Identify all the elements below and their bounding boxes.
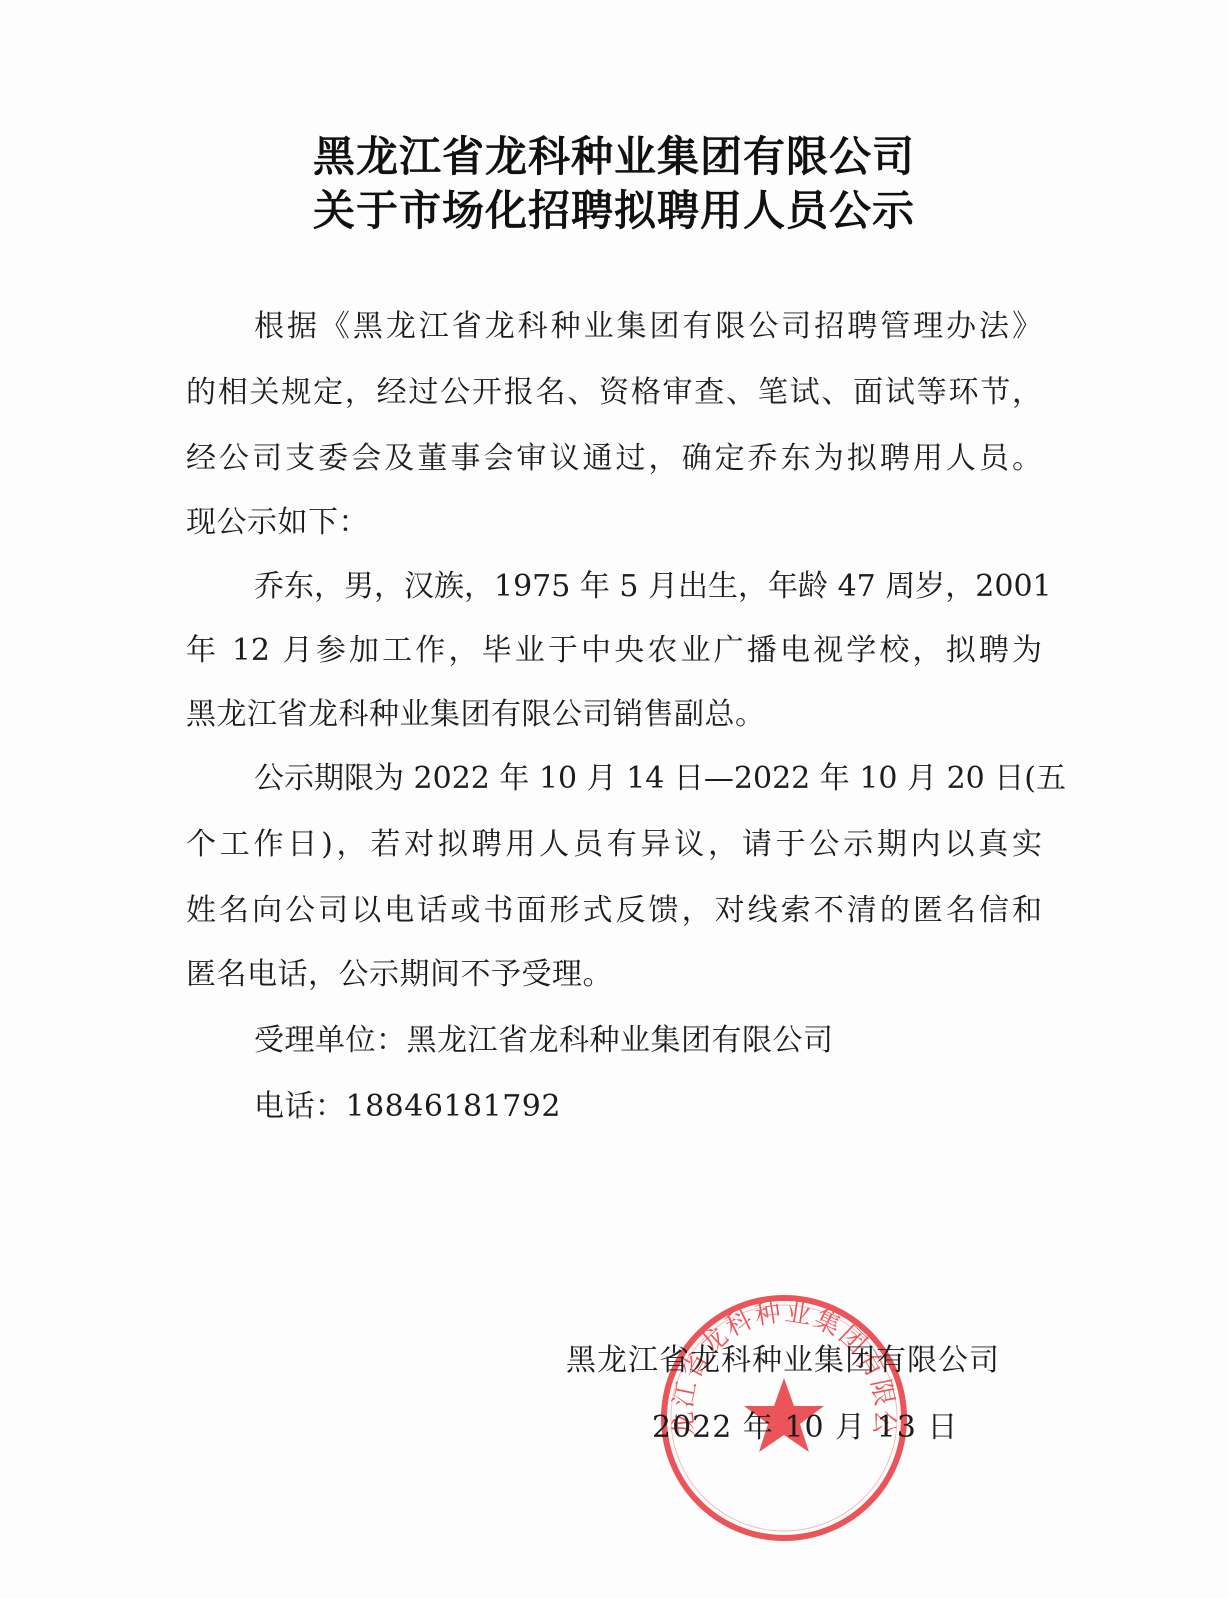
contact-phone: 电话：18846181792 — [254, 1092, 561, 1122]
paragraph-1-line-1: 根据《黑龙江省龙科种业集团有限公司招聘管理办法》 — [254, 312, 1042, 342]
paragraph-2-line-1: 乔东，男，汉族，1975 年 5 月出生，年龄 47 周岁，2001 — [254, 572, 1042, 602]
contact-unit-label: 受理单位： — [254, 1023, 407, 1058]
contact-unit: 受理单位：黑龙江省龙科种业集团有限公司 — [254, 1026, 834, 1056]
document-title-line-1: 黑龙江省龙科种业集团有限公司 — [0, 136, 1228, 178]
paragraph-2-line-3: 黑龙江省龙科种业集团有限公司销售副总。 — [186, 700, 766, 730]
paragraph-2-line-2: 年 12 月参加工作，毕业于中央农业广播电视学校，拟聘为 — [186, 636, 1042, 666]
document-page: 黑龙江省龙科种业集团有限公司 关于市场化招聘拟聘用人员公示 根据《黑龙江省龙科种… — [0, 0, 1228, 1598]
paragraph-3-line-3: 姓名向公司以电话或书面形式反馈，对线索不清的匿名信和 — [186, 896, 1042, 926]
document-title-line-2: 关于市场化招聘拟聘用人员公示 — [0, 190, 1228, 232]
paragraph-3-line-4: 匿名电话，公示期间不予受理。 — [186, 960, 613, 990]
paragraph-3-line-2: 个工作日)，若对拟聘用人员有异议，请于公示期内以真实 — [186, 830, 1042, 860]
paragraph-3-line-1: 公示期限为 2022 年 10 月 14 日—2022 年 10 月 20 日(… — [254, 764, 1042, 794]
signature-company: 黑龙江省龙科种业集团有限公司 — [566, 1346, 1000, 1376]
paragraph-1-line-2: 的相关规定，经过公开报名、资格审查、笔试、面试等环节， — [186, 378, 1042, 408]
paragraph-1-line-3: 经公司支委会及董事会审议通过，确定乔东为拟聘用人员。 — [186, 444, 1042, 474]
signature-date: 2022 年 10 月 13 日 — [652, 1413, 958, 1443]
paragraph-1-line-4: 现公示如下： — [186, 508, 369, 538]
contact-phone-value: 18846181792 — [346, 1089, 561, 1124]
contact-unit-value: 黑龙江省龙科种业集团有限公司 — [407, 1023, 834, 1058]
contact-phone-label: 电话： — [254, 1089, 346, 1124]
